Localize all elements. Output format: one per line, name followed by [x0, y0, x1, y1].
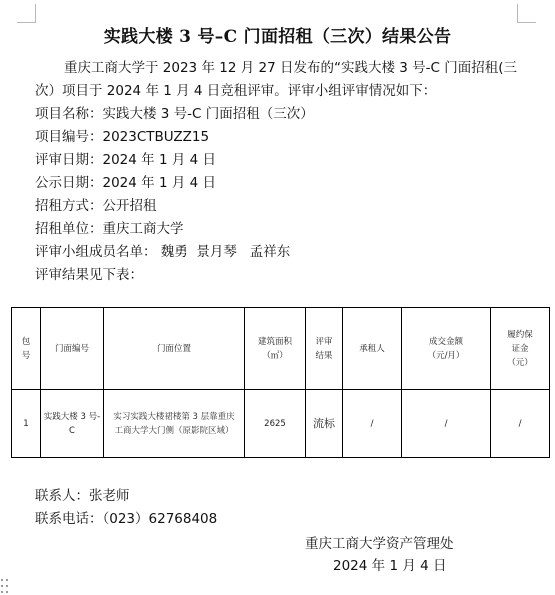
- contact-phone-value: （023）62768408: [103, 511, 218, 527]
- signature-organization: 重庆工商大学资产管理处: [305, 533, 454, 556]
- field-label: 项目名称：: [35, 106, 103, 122]
- field-value: 2024 年 1 月 4 日: [103, 175, 217, 191]
- contact-person-label: 联系人：: [35, 488, 89, 504]
- header-package-no: 包 号: [12, 308, 41, 390]
- cell-performance-deposit: /: [491, 390, 550, 458]
- contact-phone-label: 联系电话：: [35, 511, 103, 527]
- contact-person-value: 张老师: [89, 488, 130, 504]
- table-header-row: 包 号 门面编号 门面位置 建筑面积 （㎡） 评审 结果 承租人 成交金额 （元…: [12, 308, 550, 390]
- field-label: 招租方式：: [35, 198, 103, 214]
- cell-deal-amount: /: [402, 390, 491, 458]
- document-title: 实践大楼 3 号–C 门面招租（三次）结果公告: [0, 22, 555, 47]
- field-review-date: 评审日期：2024 年 1 月 4 日: [35, 149, 216, 172]
- page-corner-mark-top-right: [517, 4, 536, 23]
- field-label: 评审日期：: [35, 152, 103, 168]
- header-review-result: 评审 结果: [306, 308, 343, 390]
- cell-building-area: 2625: [245, 390, 306, 458]
- field-label: 招租单位：: [35, 221, 103, 237]
- field-value: 公开招租: [103, 198, 157, 214]
- contact-person: 联系人：张老师: [35, 485, 130, 508]
- table-row: 1 实践大楼 3 号-C 实习实践大楼裙楼第 3 层靠重庆工商大学大门侧（原影院…: [12, 390, 550, 458]
- field-value: 实践大楼 3 号-C 门面招租（三次）: [103, 106, 314, 122]
- field-publicity-date: 公示日期：2024 年 1 月 4 日: [35, 172, 216, 195]
- field-label: 评审结果见下表：: [35, 267, 143, 283]
- field-value: 重庆工商大学: [103, 221, 184, 237]
- header-building-area: 建筑面积 （㎡）: [245, 308, 306, 390]
- results-table: 包 号 门面编号 门面位置 建筑面积 （㎡） 评审 结果 承租人 成交金额 （元…: [11, 307, 550, 458]
- header-performance-deposit: 履约保 证金 （元）: [491, 308, 550, 390]
- header-tenant: 承租人: [343, 308, 402, 390]
- cell-unit-no: 实践大楼 3 号-C: [41, 390, 104, 458]
- field-value: 2024 年 1 月 4 日: [103, 152, 217, 168]
- cell-unit-location: 实习实践大楼裙楼第 3 层靠重庆工商大学大门侧（原影院区域）: [104, 390, 245, 458]
- field-results-intro: 评审结果见下表：: [35, 264, 143, 287]
- field-project-number: 项目编号：2023CTBUZZ15: [35, 126, 209, 149]
- intro-paragraph-line-2: 次）项目于 2024 年 1 月 4 日竞租评审。评审小组评审情况如下：: [35, 80, 436, 103]
- field-label: 评审小组成员名单：: [35, 244, 157, 260]
- drag-handle-icon[interactable]: [1, 579, 9, 595]
- field-value: 魏勇 景月琴 孟祥东: [157, 244, 291, 260]
- header-deal-amount: 成交金额 （元/月）: [402, 308, 491, 390]
- field-rental-unit: 招租单位：重庆工商大学: [35, 218, 184, 241]
- header-unit-no: 门面编号: [41, 308, 104, 390]
- header-unit-location: 门面位置: [104, 308, 245, 390]
- intro-paragraph-line-1: 重庆工商大学于 2023 年 12 月 27 日发布的“实践大楼 3 号-C 门…: [64, 57, 517, 80]
- signature-date: 2024 年 1 月 4 日: [333, 555, 447, 578]
- field-label: 公示日期：: [35, 175, 103, 191]
- contact-phone: 联系电话：（023）62768408: [35, 508, 217, 531]
- cell-package-no: 1: [12, 390, 41, 458]
- cell-tenant: /: [343, 390, 402, 458]
- field-project-name: 项目名称：实践大楼 3 号-C 门面招租（三次）: [35, 103, 314, 126]
- field-rental-method: 招租方式：公开招租: [35, 195, 157, 218]
- field-label: 项目编号：: [35, 129, 103, 145]
- cell-review-result: 流标: [306, 390, 343, 458]
- field-value: 2023CTBUZZ15: [103, 129, 210, 145]
- page-corner-mark-top-left: [17, 4, 36, 23]
- field-review-members: 评审小组成员名单： 魏勇 景月琴 孟祥东: [35, 241, 290, 264]
